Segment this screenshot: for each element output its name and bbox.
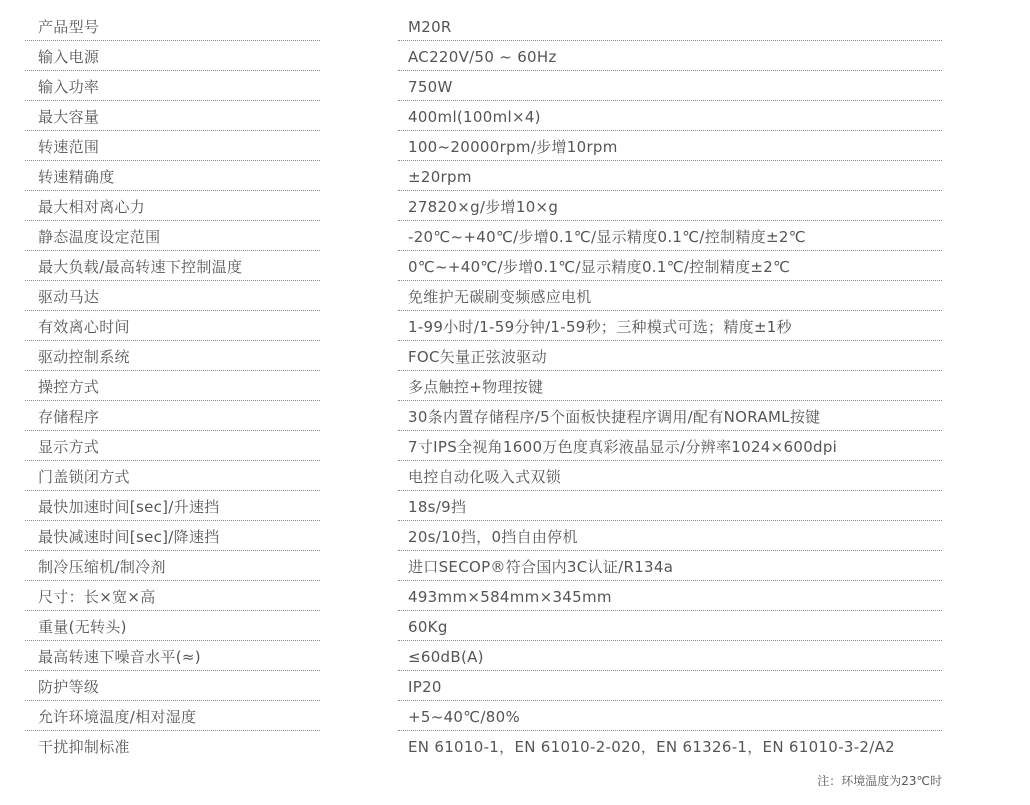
spec-value: -20℃~+40℃/步增0.1℃/显示精度0.1℃/控制精度±2℃ <box>398 222 942 251</box>
spec-row: 最大相对离心力27820×g/步增10×g <box>0 192 1030 222</box>
spec-value: 0℃~+40℃/步增0.1℃/显示精度0.1℃/控制精度±2℃ <box>398 252 942 281</box>
spec-value: ≤60dB(A) <box>398 642 942 671</box>
spec-value: 30条内置存储程序/5个面板快捷程序调用/配有NORAML按键 <box>398 402 942 431</box>
spec-row: 最大负载/最高转速下控制温度0℃~+40℃/步增0.1℃/显示精度0.1℃/控制… <box>0 252 1030 282</box>
spec-label: 重量(无转头) <box>25 612 320 641</box>
spec-row: 制冷压缩机/制冷剂进口SECOP®符合国内3C认证/R134a <box>0 552 1030 582</box>
spec-label: 最大负载/最高转速下控制温度 <box>25 252 320 281</box>
spec-value: IP20 <box>398 672 942 701</box>
spec-value: 7寸IPS全视角1600万色度真彩液晶显示/分辨率1024×600dpi <box>398 432 942 461</box>
spec-label: 允许环境温度/相对湿度 <box>25 702 320 731</box>
spec-value: ±20rpm <box>398 162 942 191</box>
spec-value: 60Kg <box>398 612 942 641</box>
spec-label: 静态温度设定范围 <box>25 222 320 251</box>
spec-label: 转速精确度 <box>25 162 320 191</box>
spec-label: 驱动控制系统 <box>25 342 320 371</box>
spec-row: 驱动控制系统FOC矢量正弦波驱动 <box>0 342 1030 372</box>
spec-row: 最快加速时间[sec]/升速挡18s/9挡 <box>0 492 1030 522</box>
spec-value: FOC矢量正弦波驱动 <box>398 342 942 371</box>
footnote: 注：环境温度为23℃时 <box>817 772 942 789</box>
spec-value: M20R <box>398 12 942 41</box>
spec-label: 最快加速时间[sec]/升速挡 <box>25 492 320 521</box>
spec-value: 18s/9挡 <box>398 492 942 521</box>
spec-value: 493mm×584mm×345mm <box>398 582 942 611</box>
spec-label: 最快减速时间[sec]/降速挡 <box>25 522 320 551</box>
spec-label: 显示方式 <box>25 432 320 461</box>
spec-row: 门盖锁闭方式电控自动化吸入式双锁 <box>0 462 1030 492</box>
spec-row: 转速范围100~20000rpm/步增10rpm <box>0 132 1030 162</box>
spec-label: 门盖锁闭方式 <box>25 462 320 491</box>
spec-label: 输入功率 <box>25 72 320 101</box>
spec-label: 最高转速下噪音水平(≈) <box>25 642 320 671</box>
spec-label: 最大相对离心力 <box>25 192 320 221</box>
spec-value: 电控自动化吸入式双锁 <box>398 462 942 491</box>
spec-label: 转速范围 <box>25 132 320 161</box>
spec-value: AC220V/50 ~ 60Hz <box>398 42 942 71</box>
spec-label: 输入电源 <box>25 42 320 71</box>
spec-row: 输入功率750W <box>0 72 1030 102</box>
spec-label: 干扰抑制标准 <box>25 732 320 761</box>
spec-value: 400ml(100ml×4) <box>398 102 942 131</box>
spec-value: +5~40℃/80% <box>398 702 942 731</box>
spec-value: 进口SECOP®符合国内3C认证/R134a <box>398 552 942 581</box>
spec-label: 最大容量 <box>25 102 320 131</box>
spec-row: 尺寸：长×宽×高493mm×584mm×345mm <box>0 582 1030 612</box>
spec-value: 多点触控+物理按键 <box>398 372 942 401</box>
spec-value: 1-99小时/1-59分钟/1-59秒；三种模式可选；精度±1秒 <box>398 312 942 341</box>
spec-value: 免维护无碳刷变频感应电机 <box>398 282 942 311</box>
spec-value: 20s/10挡，0挡自由停机 <box>398 522 942 551</box>
spec-label: 存储程序 <box>25 402 320 431</box>
spec-row: 产品型号M20R <box>0 12 1030 42</box>
spec-row: 操控方式多点触控+物理按键 <box>0 372 1030 402</box>
spec-row: 最大容量400ml(100ml×4) <box>0 102 1030 132</box>
spec-row: 转速精确度±20rpm <box>0 162 1030 192</box>
spec-label: 尺寸：长×宽×高 <box>25 582 320 611</box>
spec-row: 允许环境温度/相对湿度+5~40℃/80% <box>0 702 1030 732</box>
spec-row: 重量(无转头)60Kg <box>0 612 1030 642</box>
spec-row: 有效离心时间1-99小时/1-59分钟/1-59秒；三种模式可选；精度±1秒 <box>0 312 1030 342</box>
spec-row: 显示方式7寸IPS全视角1600万色度真彩液晶显示/分辨率1024×600dpi <box>0 432 1030 462</box>
spec-value: 100~20000rpm/步增10rpm <box>398 132 942 161</box>
spec-value: 750W <box>398 72 942 101</box>
spec-row: 存储程序30条内置存储程序/5个面板快捷程序调用/配有NORAML按键 <box>0 402 1030 432</box>
spec-label: 驱动马达 <box>25 282 320 311</box>
spec-label: 防护等级 <box>25 672 320 701</box>
spec-value: 27820×g/步增10×g <box>398 192 942 221</box>
spec-row: 输入电源AC220V/50 ~ 60Hz <box>0 42 1030 72</box>
spec-row: 最高转速下噪音水平(≈)≤60dB(A) <box>0 642 1030 672</box>
spec-row: 最快减速时间[sec]/降速挡20s/10挡，0挡自由停机 <box>0 522 1030 552</box>
spec-row: 驱动马达免维护无碳刷变频感应电机 <box>0 282 1030 312</box>
spec-label: 操控方式 <box>25 372 320 401</box>
spec-table: 产品型号M20R输入电源AC220V/50 ~ 60Hz输入功率750W最大容量… <box>0 12 1030 762</box>
spec-row: 防护等级IP20 <box>0 672 1030 702</box>
spec-row: 静态温度设定范围-20℃~+40℃/步增0.1℃/显示精度0.1℃/控制精度±2… <box>0 222 1030 252</box>
spec-value: EN 61010-1，EN 61010-2-020，EN 61326-1，EN … <box>398 732 942 761</box>
spec-label: 制冷压缩机/制冷剂 <box>25 552 320 581</box>
spec-row: 干扰抑制标准EN 61010-1，EN 61010-2-020，EN 61326… <box>0 732 1030 762</box>
spec-label: 有效离心时间 <box>25 312 320 341</box>
spec-label: 产品型号 <box>25 12 320 41</box>
